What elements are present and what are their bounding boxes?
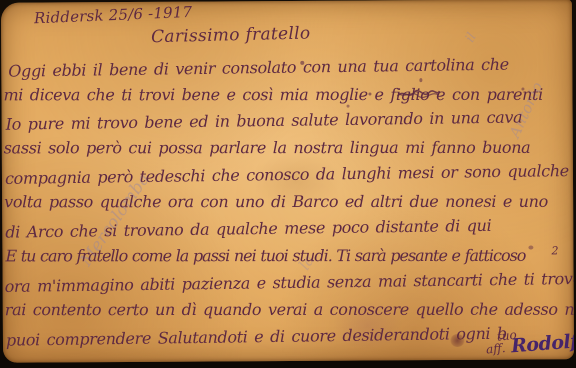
bleedthrough-text: il <box>463 30 480 45</box>
signature-aff: aff. <box>486 341 506 356</box>
handwritten-line: volta passo qualche ora con uno di Barco… <box>4 192 548 211</box>
salutation: Carissimo fratello <box>151 23 311 47</box>
handwritten-line: Io pure mi trovo bene ed in buona salute… <box>6 108 523 134</box>
handwritten-line: sassi solo però cui possa parlare la nos… <box>4 138 531 157</box>
postcard: Mercolomba Antonio il la Riddersk 25/6 -… <box>1 0 574 363</box>
photo-background: Mercolomba Antonio il la Riddersk 25/6 -… <box>0 0 576 368</box>
dateline: Riddersk 25/6 -1917 <box>34 3 193 27</box>
handwritten-line: mi diceva che ti trovi bene e così mia m… <box>3 85 542 104</box>
closing-line: puoi comprendere Salutandoti e di cuore … <box>6 324 507 350</box>
ink-speck <box>347 105 350 108</box>
ink-speck <box>419 78 422 82</box>
handwritten-line: Oggi ebbi il bene di venir consolato con… <box>8 55 509 81</box>
page-marker: 2 <box>551 244 558 257</box>
handwritten-line: di Arco che si trovano da qualche mese p… <box>5 216 491 242</box>
handwritten-line: E tu caro fratello come la passi nei tuo… <box>5 246 525 265</box>
handwritten-line: rai contento certo un dì quando verai a … <box>5 300 574 320</box>
ink-speck <box>528 245 533 249</box>
signature-name: Rodolfo <box>510 329 574 357</box>
handwritten-line: compagnia però tedeschi che conosco da l… <box>5 161 569 188</box>
handwritten-line: ora m'immagino abiti pazienza e studia s… <box>5 269 575 296</box>
